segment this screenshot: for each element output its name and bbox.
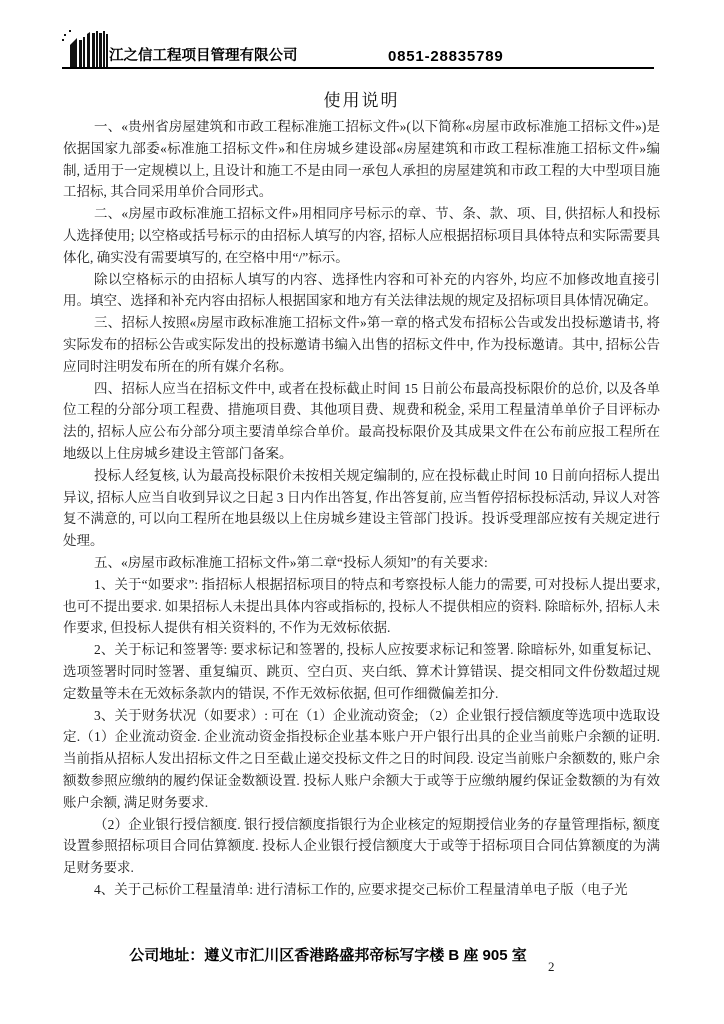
paragraph-12: 4、关于己标价工程量清单: 进行清标工作的, 应要求提交己标价工程量清单电子版（… xyxy=(63,879,660,901)
paragraph-3: 除以空格标示的由招标人填写的内容、选择性内容和可补充的内容外, 均应不加修改地直… xyxy=(63,269,660,313)
document-title: 使用说明 xyxy=(63,86,660,111)
paragraph-5: 四、招标人应当在招标文件中, 或者在投标截止时间 15 日前公布最高投标限价的总… xyxy=(63,378,660,465)
paragraph-1: 一、«贵州省房屋建筑和市政工程标准施工招标文件»(以下简称«房屋市政标准施工招标… xyxy=(63,116,660,203)
building-icon xyxy=(62,29,108,67)
paragraph-4: 三、招标人按照«房屋市政标准施工招标文件»第一章的格式发布招标公告或发出投标邀请… xyxy=(63,312,660,377)
document-page: 江之信工程项目管理有限公司 0851-28835789 使用说明 一、«贵州省房… xyxy=(0,0,724,1024)
company-phone: 0851-28835789 xyxy=(388,48,504,65)
company-logo xyxy=(62,29,108,67)
paragraph-11: （2）企业银行授信额度. 银行授信额度指银行为企业核定的短期授信业务的存量管理指… xyxy=(63,814,660,879)
footer-company-address: 公司地址：遵义市汇川区香港路盛邦帝标写字楼 B 座 905 室 xyxy=(63,944,593,965)
paragraph-8: 1、关于“如要求”: 指招标人根据招标项目的特点和考察投标人能力的需要, 可对投… xyxy=(63,574,660,639)
page-number: 2 xyxy=(548,959,555,975)
paragraph-7: 五、«房屋市政标准施工招标文件»第二章“投标人须知”的有关要求: xyxy=(63,552,660,574)
paragraph-10: 3、关于财务状况（如要求）: 可在（1）企业流动资金; （2）企业银行授信额度等… xyxy=(63,705,660,814)
document-body: 使用说明 一、«贵州省房屋建筑和市政工程标准施工招标文件»(以下简称«房屋市政标… xyxy=(63,86,660,901)
page-header: 江之信工程项目管理有限公司 0851-28835789 xyxy=(62,28,654,69)
company-name: 江之信工程项目管理有限公司 xyxy=(109,44,298,65)
paragraph-2: 二、«房屋市政标准施工招标文件»用相同序号标示的章、节、条、款、项、目, 供招标… xyxy=(63,203,660,268)
paragraph-6: 投标人经复核, 认为最高投标限价未按相关规定编制的, 应在投标截止时间 10 日… xyxy=(63,465,660,552)
paragraph-9: 2、关于标记和签署等: 要求标记和签署的, 投标人应按要求标记和签署. 除暗标外… xyxy=(63,639,660,704)
